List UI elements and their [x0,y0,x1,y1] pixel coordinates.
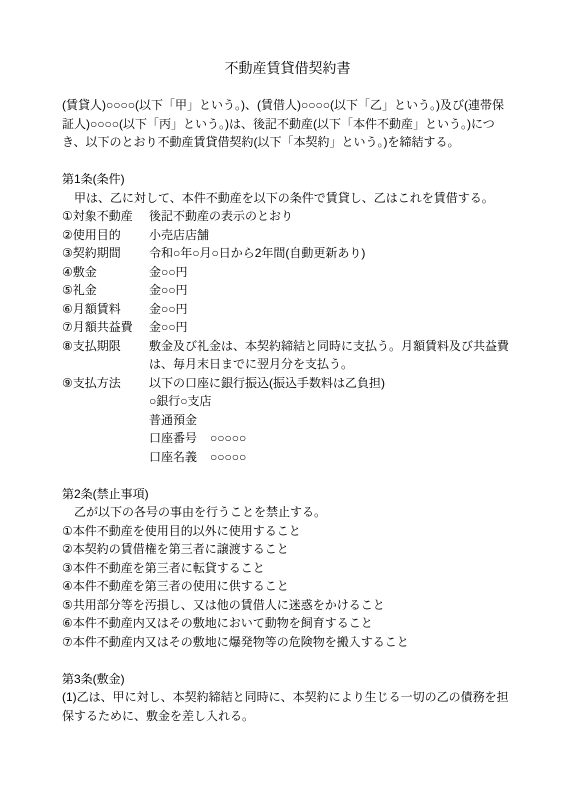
condition-value: 金○○円 [149,263,513,282]
condition-row-payment-deadline: ⑧支払期限 敷金及び礼金は、本契約締結と同時に支払う。月額賃料及び共益費は、毎月… [62,337,513,374]
item-text: 本契約の賃借権を第三者に譲渡すること [73,542,289,556]
article-2: 第2条(禁止事項) 乙が以下の各号の事由を行うことを禁止する。 ①本件不動産を使… [62,485,513,652]
condition-value: 以下の口座に銀行振込(振込手数料は乙負担) [149,374,513,393]
prohibition-item: ①本件不動産を使用目的以外に使用すること [62,522,513,541]
condition-number: ④ [62,265,73,279]
condition-number: ⑥ [62,302,73,316]
condition-label-text: 支払期限 [73,339,121,353]
article-3: 第3条(敷金) (1)乙は、甲に対し、本契約締結と同時に、本契約により生じる一切… [62,670,513,726]
prohibition-item: ⑥本件不動産内又はその敷地において動物を飼育すること [62,614,513,633]
item-text: 共用部分等を汚損し、又は他の賃借人に迷惑をかけること [73,598,385,612]
condition-row-target-property: ①対象不動産 後記不動産の表示のとおり [62,207,513,226]
condition-value: 後記不動産の表示のとおり [149,207,513,226]
item-number: ⑥ [62,616,73,630]
account-name-line: 口座名義○○○○○ [149,448,513,467]
condition-label-text: 月額賃料 [73,302,121,316]
document-title: 不動産賃貸借契約書 [62,59,513,78]
account-name-value: ○○○○○ [210,450,246,464]
contract-document-page: 不動産賃貸借契約書 (賃貸人)○○○○(以下「甲」という。)、(賃借人)○○○○… [0,0,575,794]
condition-number: ⑧ [62,339,73,353]
item-number: ④ [62,579,73,593]
article-3-clause-1: (1)乙は、甲に対し、本契約締結と同時に、本契約により生じる一切の乙の債務を担保… [62,688,513,725]
article-1-heading: 第1条(条件) [62,170,513,189]
item-text: 本件不動産内又はその敷地において動物を飼育すること [73,616,373,630]
condition-value: 金○○円 [149,281,513,300]
account-type-line: 普通預金 [149,411,513,430]
condition-value: 令和○年○月○日から2年間(自動更新あり) [149,244,513,263]
item-text: 本件不動産を第三者の使用に供すること [73,579,289,593]
condition-label-text: 使用目的 [73,228,121,242]
account-number-value: ○○○○○ [210,431,246,445]
condition-row-use-purpose: ②使用目的 小売店店舗 [62,226,513,245]
condition-row-key-money: ⑤礼金 金○○円 [62,281,513,300]
item-number: ⑤ [62,598,73,612]
item-number: ③ [62,561,73,575]
account-name-label: 口座名義 [149,450,197,464]
condition-label-text: 礼金 [73,283,97,297]
condition-row-monthly-rent: ⑥月額賃料 金○○円 [62,300,513,319]
condition-label: ⑥月額賃料 [62,300,149,319]
condition-label: ⑧支払期限 [62,337,149,356]
condition-number: ⑦ [62,320,73,334]
item-text: 本件不動産を使用目的以外に使用すること [73,524,301,538]
account-number-label: 口座番号 [149,431,197,445]
condition-label: ⑦月額共益費 [62,318,149,337]
condition-value: 小売店店舗 [149,226,513,245]
condition-row-monthly-common-fee: ⑦月額共益費 金○○円 [62,318,513,337]
condition-label: ①対象不動産 [62,207,149,226]
condition-value: 金○○円 [149,300,513,319]
account-number-line: 口座番号○○○○○ [149,429,513,448]
condition-value: 金○○円 [149,318,513,337]
condition-label: ⑨支払方法 [62,374,149,393]
condition-number: ② [62,228,73,242]
condition-label: ③契約期間 [62,244,149,263]
condition-number: ① [62,209,73,223]
item-text: 本件不動産内又はその敷地に爆発物等の危険物を搬入すること [73,635,409,649]
condition-number: ③ [62,246,73,260]
article-3-heading: 第3条(敷金) [62,670,513,689]
condition-row-security-deposit: ④敷金 金○○円 [62,263,513,282]
condition-label: ⑤礼金 [62,281,149,300]
condition-label-text: 敷金 [73,265,97,279]
condition-label: ②使用目的 [62,226,149,245]
item-number: ① [62,524,73,538]
article-1: 第1条(条件) 甲は、乙に対して、本件不動産を以下の条件で賃貸し、乙はこれを賃借… [62,170,513,466]
condition-number: ⑤ [62,283,73,297]
condition-row-contract-period: ③契約期間 令和○年○月○日から2年間(自動更新あり) [62,244,513,263]
condition-label: ④敷金 [62,263,149,282]
article-2-lead: 乙が以下の各号の事由を行うことを禁止する。 [62,503,513,522]
item-number: ⑦ [62,635,73,649]
preamble-paragraph: (賃貸人)○○○○(以下「甲」という。)、(賃借人)○○○○(以下「乙」という。… [62,96,513,152]
prohibition-item: ②本契約の賃借権を第三者に譲渡すること [62,540,513,559]
condition-row-payment-method: ⑨支払方法 以下の口座に銀行振込(振込手数料は乙負担) [62,374,513,393]
condition-label-text: 支払方法 [73,376,121,390]
bank-branch-line: ○銀行○支店 [149,392,513,411]
prohibition-item: ④本件不動産を第三者の使用に供すること [62,577,513,596]
article-2-heading: 第2条(禁止事項) [62,485,513,504]
prohibition-item: ⑦本件不動産内又はその敷地に爆発物等の危険物を搬入すること [62,633,513,652]
item-number: ② [62,542,73,556]
prohibition-item: ⑤共用部分等を汚損し、又は他の賃借人に迷惑をかけること [62,596,513,615]
item-text: 本件不動産を第三者に転貸すること [73,561,265,575]
condition-number: ⑨ [62,376,73,390]
condition-value: 敷金及び礼金は、本契約締結と同時に支払う。月額賃料及び共益費は、毎月末日までに翌… [149,337,513,374]
condition-label-text: 契約期間 [73,246,121,260]
article-1-lead: 甲は、乙に対して、本件不動産を以下の条件で賃貸し、乙はこれを賃借する。 [62,189,513,208]
condition-label-text: 月額共益費 [73,320,133,334]
condition-label-text: 対象不動産 [73,209,133,223]
prohibition-item: ③本件不動産を第三者に転貸すること [62,559,513,578]
